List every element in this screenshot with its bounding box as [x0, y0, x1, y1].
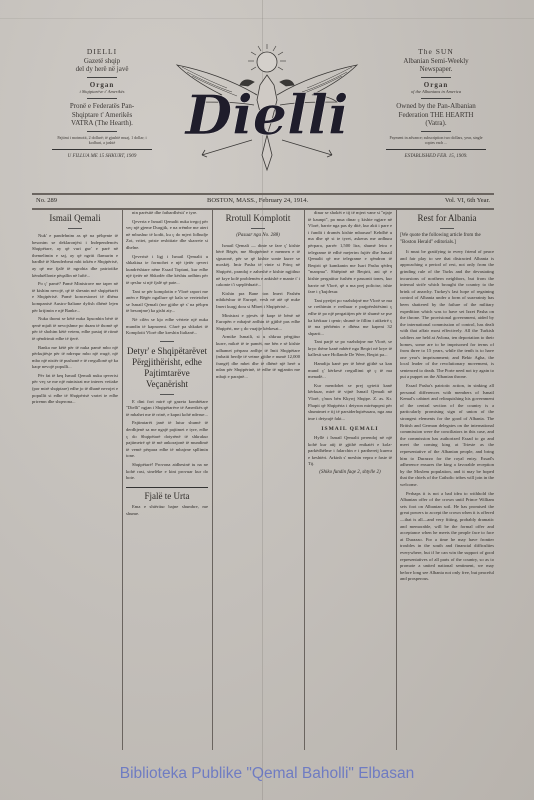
masthead-title: Dielli — [183, 83, 348, 147]
ear-organ: Organ — [386, 81, 486, 90]
column-3: Rrotull Komplotit (Pasuar nga No. 288) I… — [216, 210, 300, 750]
paragraph: Tani pyetjet po vazhdojnë me Vlorë se ma… — [308, 298, 392, 338]
divider — [251, 228, 265, 229]
divider — [68, 228, 82, 229]
continued-note: (Shiko fundin faqe 2, shtylle 2) — [308, 470, 392, 477]
divider — [160, 341, 174, 342]
ear-title: The SUN — [386, 48, 486, 57]
signature: ISMAIL QEMALI — [308, 426, 392, 433]
ear-organ-sub: of the Albanians in America — [386, 89, 486, 95]
col5-body2: Hyllë i Ismail Qemalit perendoj në një k… — [308, 435, 392, 468]
col3-body: Ismail Qemali — dinte se fare ç' kishte … — [216, 243, 300, 381]
divider — [87, 131, 117, 132]
ear-owner: VATRA (The Hearth). — [52, 119, 152, 128]
col4-body: dinar se shokët e tij të mjeri vane si "… — [308, 210, 392, 359]
paragraph: Essad Pasha's patriotic action, in sinki… — [400, 383, 494, 489]
paragraph: Për fat të keq Ismail Qemali nuku qeveri… — [32, 373, 118, 406]
paragraph: Pajtimtarët janë të lutur shumë të derdh… — [126, 420, 208, 460]
paper-fold-horizontal — [0, 18, 534, 19]
col6-body: It must be gratifying to every friend of… — [400, 249, 494, 583]
paragraph: Kur mendohet se prej qytetit kanë kërkua… — [308, 383, 392, 423]
ear-owner: Federation THE HEARTH — [386, 111, 486, 120]
ear-line: del dy herë në javë — [52, 65, 152, 74]
ear-organ-sub: i Shqiptarëve t' Amerikës — [52, 89, 152, 95]
column-rule — [212, 210, 213, 750]
divider — [440, 228, 454, 229]
left-ear-box: DIELLI Gazetë shqip del dy herë në javë … — [52, 48, 152, 161]
divider — [160, 394, 174, 395]
paragraph: Armike Ismaili, si u shkrua përgjitur ku… — [216, 334, 300, 380]
continued-from: (Pasuar nga No. 288) — [216, 233, 300, 240]
paragraph: nin parësitë dhe fatbardhësit' e tyre. — [126, 210, 208, 217]
paragraph: Kishin pra Bane ton Imeri Pashën mbikësh… — [216, 291, 300, 311]
column-6: Rest for Albania [We quote the following… — [400, 210, 494, 750]
divider — [87, 77, 117, 78]
paragraph: Banka me këtë për të nuka pamë mbo një p… — [32, 345, 118, 371]
paragraph: Në cilën se kjo edhe vërtete një nuka mu… — [126, 317, 208, 337]
editorial-intro: [We quote the following article from the… — [400, 233, 494, 246]
ear-line: Gazetë shqip — [52, 57, 152, 66]
paragraph: Qeverisë i ligj i Ismail Qemalit u shkak… — [126, 254, 208, 287]
article-columns: Ismail Qemali Nuk' e pandehnim as që na … — [32, 210, 494, 750]
ear-owner: (Vatra). — [386, 119, 486, 128]
paragraph: dinar se shokët e tij të mjeri vane si "… — [308, 210, 392, 296]
ear-note: Pajtimi i motmotit, 2 dollarë; të gjasht… — [52, 135, 152, 145]
paragraph: Qeveria e Ismail Qemalit nuka tregoj për… — [126, 219, 208, 252]
paragraph: Nuk' e pandehnim as që na pëlqente të be… — [32, 233, 118, 279]
issue-number: No. 289 — [36, 195, 57, 207]
divider — [421, 98, 451, 99]
divider — [421, 131, 451, 132]
right-ear-box: The SUN Albanian Semi-Weekly Newspaper. … — [386, 48, 486, 161]
ear-owner: Owned by the Pan-Albanian — [386, 102, 486, 111]
paragraph: Ismail Qemali — dinte se fare ç' kishte … — [216, 243, 300, 289]
divider — [126, 487, 208, 489]
paragraph: Ministrat e pjesës të kaqe të bënë në Eu… — [216, 313, 300, 333]
ear-note: Payment in advance; subscription two dol… — [386, 135, 486, 145]
ear-line: Newspaper. — [386, 65, 486, 74]
dateline-bar: No. 289 BOSTON, MASS., February 24, 1914… — [32, 193, 494, 210]
paragraph: Hyllë i Ismail Qemalit perendoj në një k… — [308, 435, 392, 468]
ear-owner: Shqiptare t' Amerikës — [52, 111, 152, 120]
col2-body3: Ema e shtëritur bajne shumbre, me shume. — [126, 504, 208, 517]
column-1: Ismail Qemali Nuk' e pandehnim as që na … — [32, 210, 118, 750]
masthead: Dielli — [172, 40, 362, 190]
volume-info: Vol. VI, 6th Year. — [445, 195, 490, 207]
paragraph: Ema e shtëritur bajne shumbre, me shume. — [126, 504, 208, 517]
column-rule — [304, 210, 305, 750]
eagle-sun-emblem-icon: Dielli — [172, 40, 362, 190]
paragraph: Tani se për komplotin e Vlorë raport me … — [126, 289, 208, 315]
paragraph: It must be gratifying to every friend of… — [400, 249, 494, 381]
column-4: dinar se shokët e tij të mjeri vane si "… — [308, 210, 392, 750]
library-watermark: Biblioteka Publike "Qemal Baholli" Elbas… — [0, 765, 534, 783]
col1-body: Nuk' e pandehnim as që na pëlqente të be… — [32, 233, 118, 406]
column-2: nin parësitë dhe fatbardhësit' e tyre.Qe… — [126, 210, 208, 750]
ear-line: Albanian Semi-Weekly — [386, 57, 486, 66]
column-rule — [122, 210, 123, 750]
ear-since: ESTABLISHED FEB. 15, 1909. — [386, 149, 486, 162]
headline-ismail-qemali: Ismail Qemali — [32, 213, 118, 224]
paragraph: Nuka thomi se këtë nuka lipsonhin bërë t… — [32, 316, 118, 342]
col5-body: Hamdija kanë per të bënë gjithë sa kan m… — [308, 361, 392, 422]
paragraph: Tani parjë se po vazhdojne me Vlorë, se … — [308, 339, 392, 359]
paragraph: Shqipëtarë! Provona atdhesinë tu na ne k… — [126, 462, 208, 482]
paragraph: Perhaps it is not a bad idea to withhold… — [400, 491, 494, 583]
ear-organ: Organ — [52, 81, 152, 90]
headline-rrotull-komplotit: Rrotull Komplotit — [216, 213, 300, 224]
col2-body2: E dini fort mirë që gazeta kombëtare "Di… — [126, 399, 208, 482]
paragraph: Po ç' pamë? Pamë Ministrave me taper në … — [32, 281, 118, 314]
place-date: BOSTON, MASS., February 24, 1914. — [207, 195, 308, 207]
headline-rest-for-albania: Rest for Albania — [400, 213, 494, 224]
divider — [87, 98, 117, 99]
headline-fjale-te-urta: Fjalë te Urta — [126, 491, 208, 502]
ear-title: DIELLI — [52, 48, 152, 57]
paragraph: E dini fort mirë që gazeta kombëtare "Di… — [126, 399, 208, 419]
divider — [421, 77, 451, 78]
column-rule — [396, 210, 397, 750]
col2-body: nin parësitë dhe fatbardhësit' e tyre.Qe… — [126, 210, 208, 337]
headline-detyra: Detyr' e Shqipëtarëvet Përgjithërisht, e… — [126, 346, 208, 390]
paragraph: Hamdija kanë per të bënë gjithë sa kan m… — [308, 361, 392, 381]
ear-since: U FILLUA ME 15 SHKURT, 1909 — [52, 149, 152, 162]
ear-owner: Pronë e Federatës Pan- — [52, 102, 152, 111]
